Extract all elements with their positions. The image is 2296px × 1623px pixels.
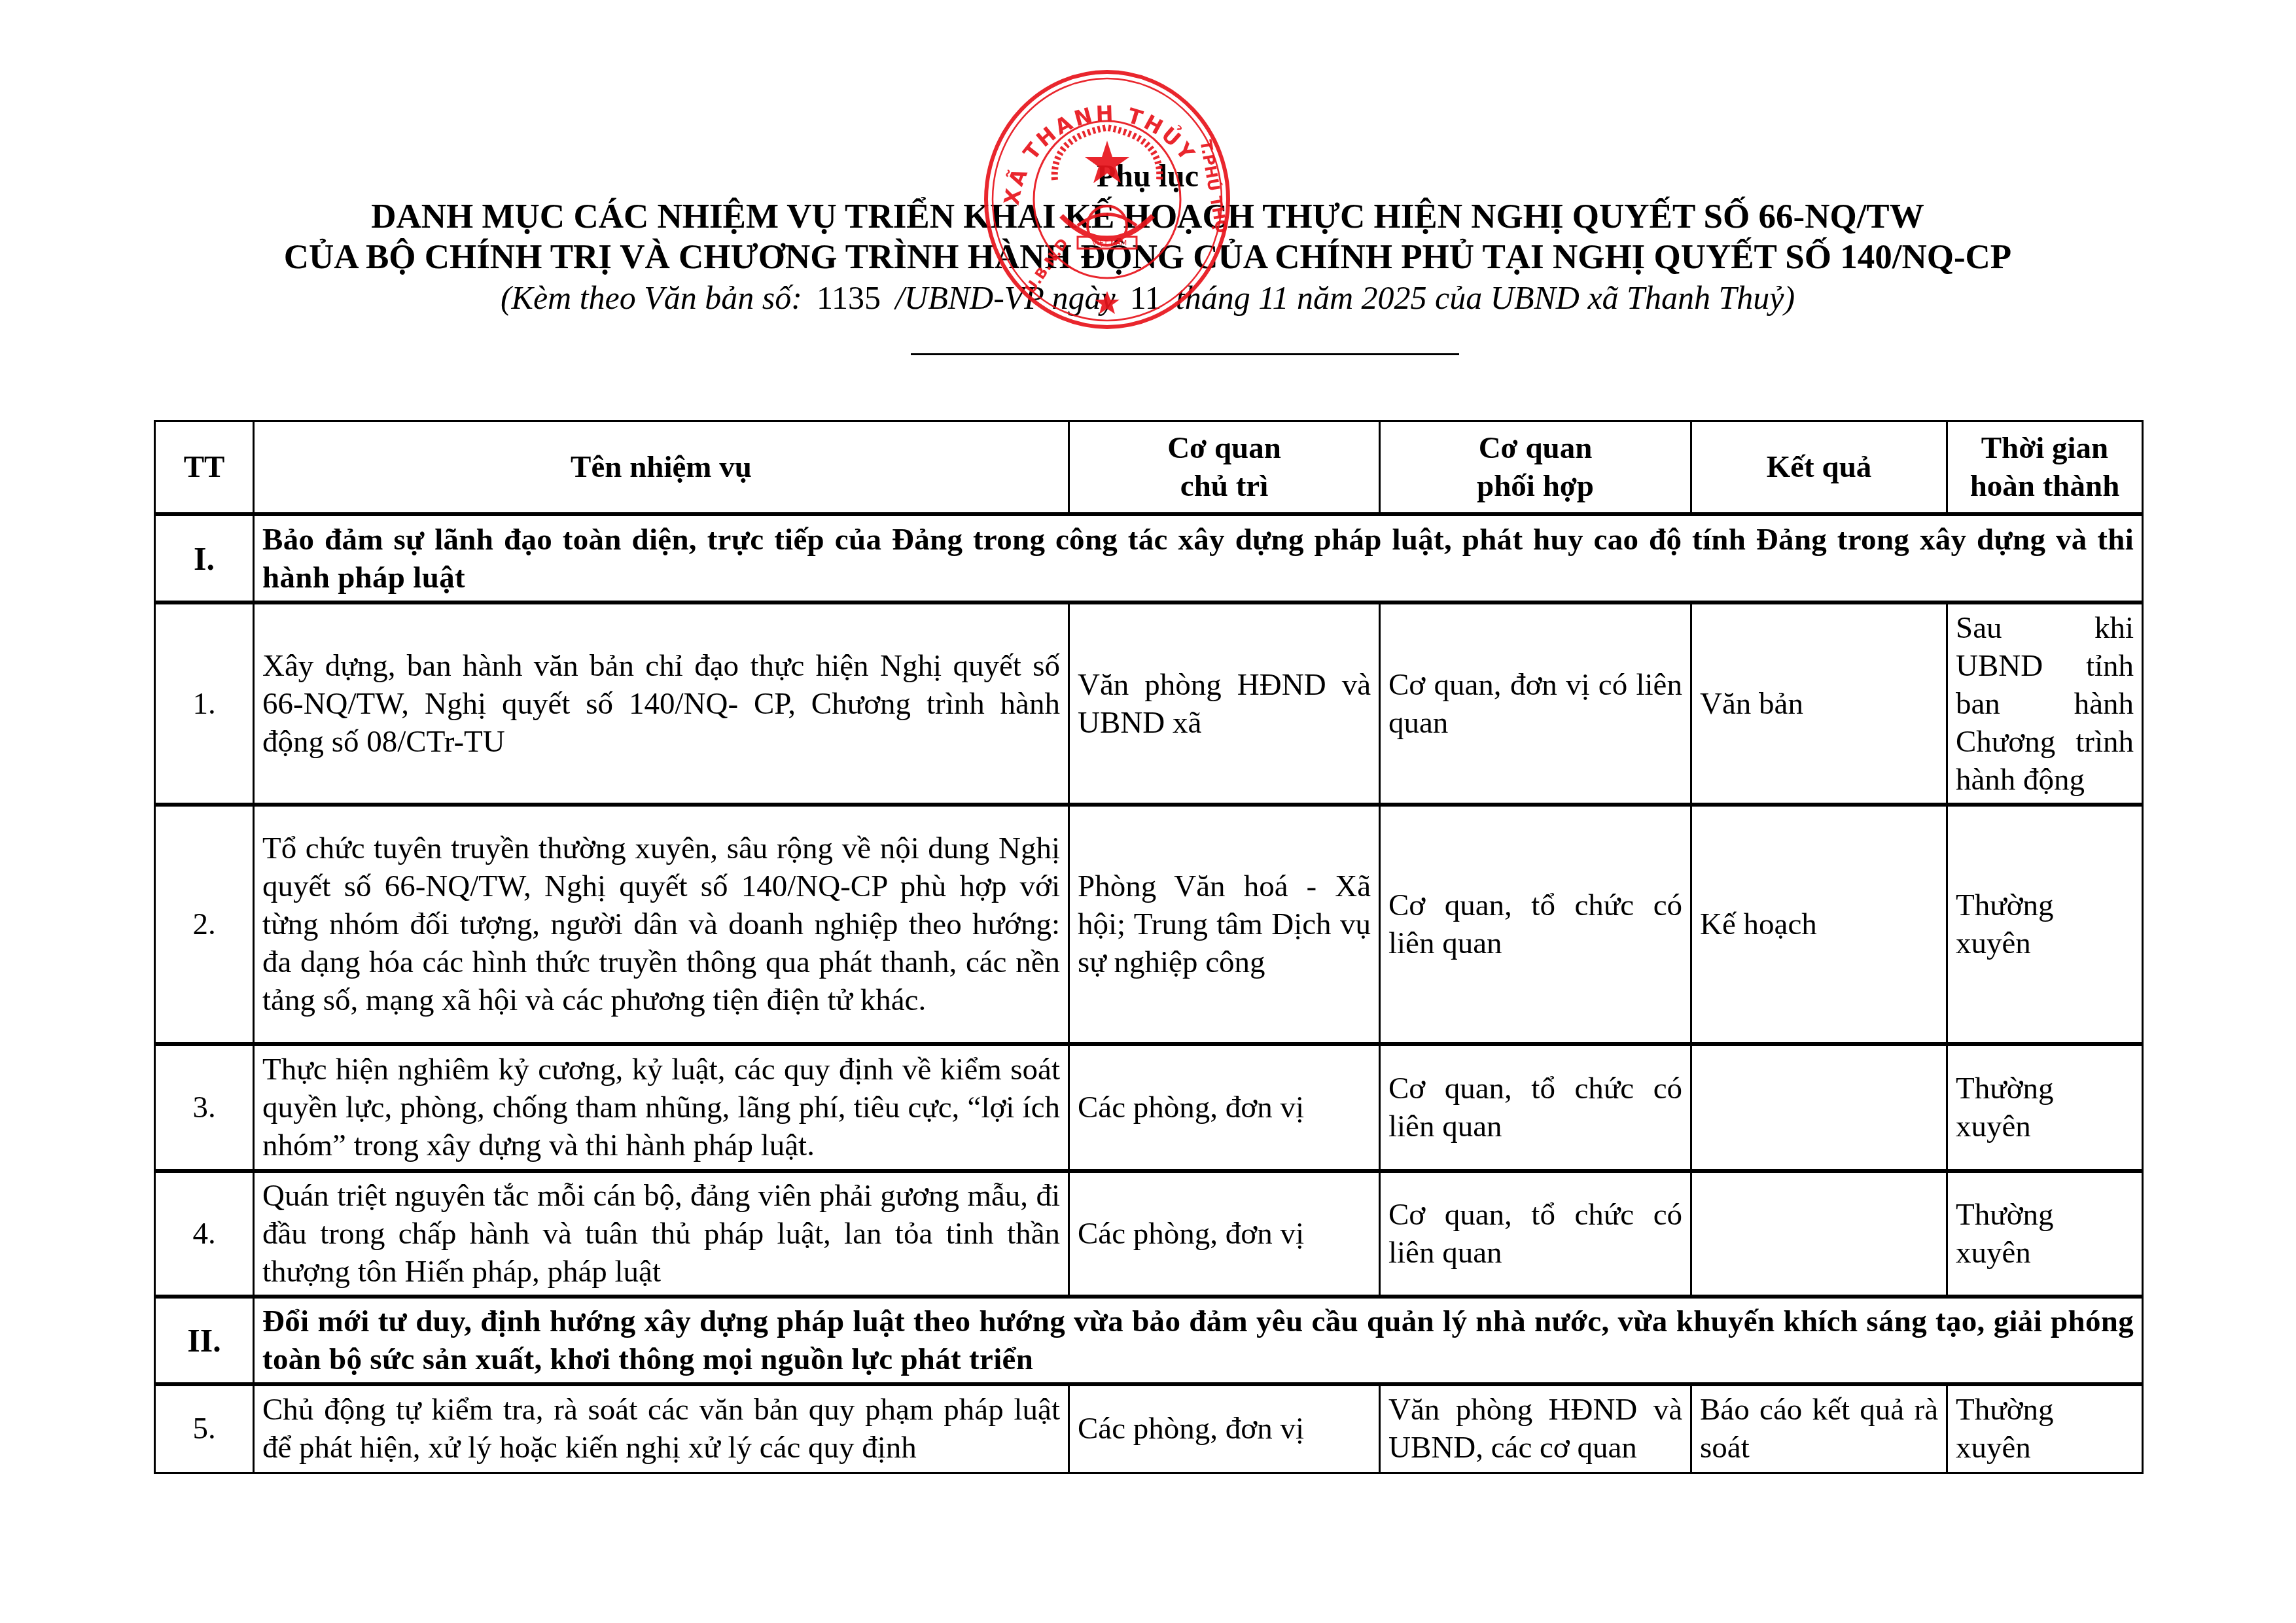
row-number: 3. <box>155 1044 254 1171</box>
table-header-row: TT Tên nhiệm vụ Cơ quanchủ trì Cơ quanph… <box>155 421 2143 515</box>
column-header-lead: Cơ quanchủ trì <box>1069 421 1380 515</box>
lead-agency: Văn phòng HĐND và UBND xã <box>1069 602 1380 805</box>
column-header-coordinate: Cơ quanphối hợp <box>1380 421 1691 515</box>
subtitle-prefix: (Kèm theo Văn bản số: <box>501 279 802 316</box>
lead-agency: Các phòng, đơn vị <box>1069 1384 1380 1473</box>
deadline: Thường xuyên <box>1947 1384 2143 1473</box>
lead-agency: Các phòng, đơn vị <box>1069 1044 1380 1171</box>
subtitle-mid: /UBND-VP ngày <box>895 279 1116 316</box>
table-row: 3. Thực hiện nghiêm kỷ cương, kỷ luật, c… <box>155 1044 2143 1171</box>
task-table: TT Tên nhiệm vụ Cơ quanchủ trì Cơ quanph… <box>154 420 2144 1474</box>
section-number: II. <box>155 1297 254 1384</box>
section-row: II. Đổi mới tư duy, định hướng xây dựng … <box>155 1297 2143 1384</box>
lead-agency: Phòng Văn hoá - Xã hội; Trung tâm Dịch v… <box>1069 805 1380 1044</box>
row-number: 5. <box>155 1384 254 1473</box>
column-header-result: Kết quả <box>1691 421 1947 515</box>
subtitle-suffix: tháng 11 năm 2025 của UBND xã Thanh Thuỷ… <box>1176 279 1795 316</box>
table-row: 4. Quán triệt nguyên tắc mỗi cán bộ, đản… <box>155 1171 2143 1297</box>
section-title: Bảo đảm sự lãnh đạo toàn diện, trực tiếp… <box>254 514 2143 602</box>
column-header-deadline: Thời gianhoàn thành <box>1947 421 2143 515</box>
title-underline <box>911 353 1459 355</box>
table-row: 5. Chủ động tự kiểm tra, rà soát các văn… <box>155 1384 2143 1473</box>
deadline: Thường xuyên <box>1947 1171 2143 1297</box>
section-title: Đổi mới tư duy, định hướng xây dựng pháp… <box>254 1297 2143 1384</box>
task-name: Tổ chức tuyên truyền thường xuyên, sâu r… <box>254 805 1069 1044</box>
coordinating-agency: Cơ quan, tổ chức có liên quan <box>1380 1171 1691 1297</box>
row-number: 1. <box>155 602 254 805</box>
document-title-line-1: DANH MỤC CÁC NHIỆM VỤ TRIỂN KHAI KẾ HOẠC… <box>154 196 2142 237</box>
result <box>1691 1171 1947 1297</box>
task-name: Chủ động tự kiểm tra, rà soát các văn bả… <box>254 1384 1069 1473</box>
column-header-tt: TT <box>155 421 254 515</box>
lead-agency: Các phòng, đơn vị <box>1069 1171 1380 1297</box>
result: Báo cáo kết quả rà soát <box>1691 1384 1947 1473</box>
document-page: Phụ lục DANH MỤC CÁC NHIỆM VỤ TRIỂN KHAI… <box>0 0 2296 1623</box>
row-number: 4. <box>155 1171 254 1297</box>
deadline: Thường xuyên <box>1947 1044 2143 1171</box>
row-number: 2. <box>155 805 254 1044</box>
task-name: Thực hiện nghiêm kỷ cương, kỷ luật, các … <box>254 1044 1069 1171</box>
table-row: 2. Tổ chức tuyên truyền thường xuyên, sâ… <box>155 805 2143 1044</box>
table-row: 1. Xây dựng, ban hành văn bản chỉ đạo th… <box>155 602 2143 805</box>
section-number: I. <box>155 514 254 602</box>
appendix-label: Phụ lục <box>154 157 2142 196</box>
deadline: Saukhi UBNDtỉnh banhành Chươngtrình hành… <box>1947 602 2143 805</box>
task-name: Quán triệt nguyên tắc mỗi cán bộ, đảng v… <box>254 1171 1069 1297</box>
document-day: 11 <box>1116 279 1176 316</box>
coordinating-agency: Cơ quan, tổ chức có liên quan <box>1380 1044 1691 1171</box>
result <box>1691 1044 1947 1171</box>
result: Văn bản <box>1691 602 1947 805</box>
result: Kế hoạch <box>1691 805 1947 1044</box>
document-number: 1135 <box>802 279 895 316</box>
title-block: Phụ lục DANH MỤC CÁC NHIỆM VỤ TRIỂN KHAI… <box>154 157 2142 318</box>
coordinating-agency: Cơ quan, tổ chức có liên quan <box>1380 805 1691 1044</box>
coordinating-agency: Cơ quan, đơn vị có liên quan <box>1380 602 1691 805</box>
column-header-task: Tên nhiệm vụ <box>254 421 1069 515</box>
coordinating-agency: Văn phòng HĐND và UBND, các cơ quan <box>1380 1384 1691 1473</box>
section-row: I. Bảo đảm sự lãnh đạo toàn diện, trực t… <box>155 514 2143 602</box>
task-name: Xây dựng, ban hành văn bản chỉ đạo thực … <box>254 602 1069 805</box>
document-subtitle: (Kèm theo Văn bản số:1135/UBND-VP ngày11… <box>154 277 2142 318</box>
document-title-line-2: CỦA BỘ CHÍNH TRỊ VÀ CHƯƠNG TRÌNH HÀNH ĐỘ… <box>154 237 2142 277</box>
deadline: Thường xuyên <box>1947 805 2143 1044</box>
